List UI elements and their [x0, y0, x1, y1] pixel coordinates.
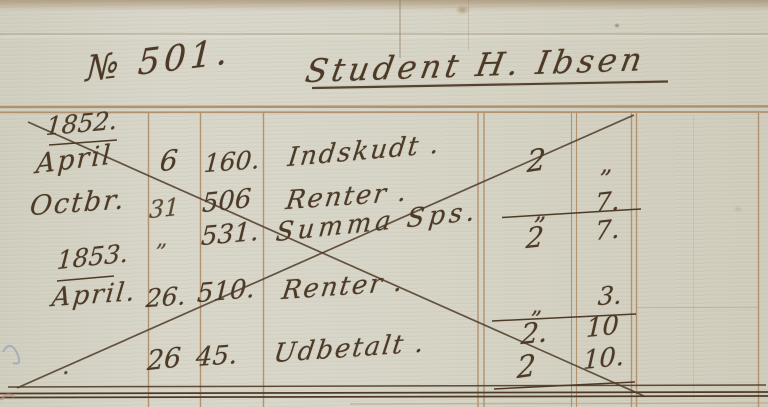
margin-blue-mark — [3, 346, 19, 364]
name-strikethrough-line — [312, 82, 668, 89]
closing-rule-double-1 — [0, 392, 768, 394]
closing-rule-single — [8, 385, 766, 387]
ledger-page: № 501. Student H. Ibsen 1852. April 6 16… — [0, 0, 768, 407]
cancel-cross-line-a — [28, 122, 644, 396]
ink-lines-layer — [0, 0, 768, 407]
underline-1853 — [57, 276, 114, 281]
sum-rule-1 — [502, 209, 641, 218]
sum-rule-2 — [492, 314, 636, 321]
cancel-cross-line-b — [17, 115, 634, 388]
underline-1852 — [49, 140, 117, 145]
closing-rule-double-2 — [0, 396, 768, 398]
